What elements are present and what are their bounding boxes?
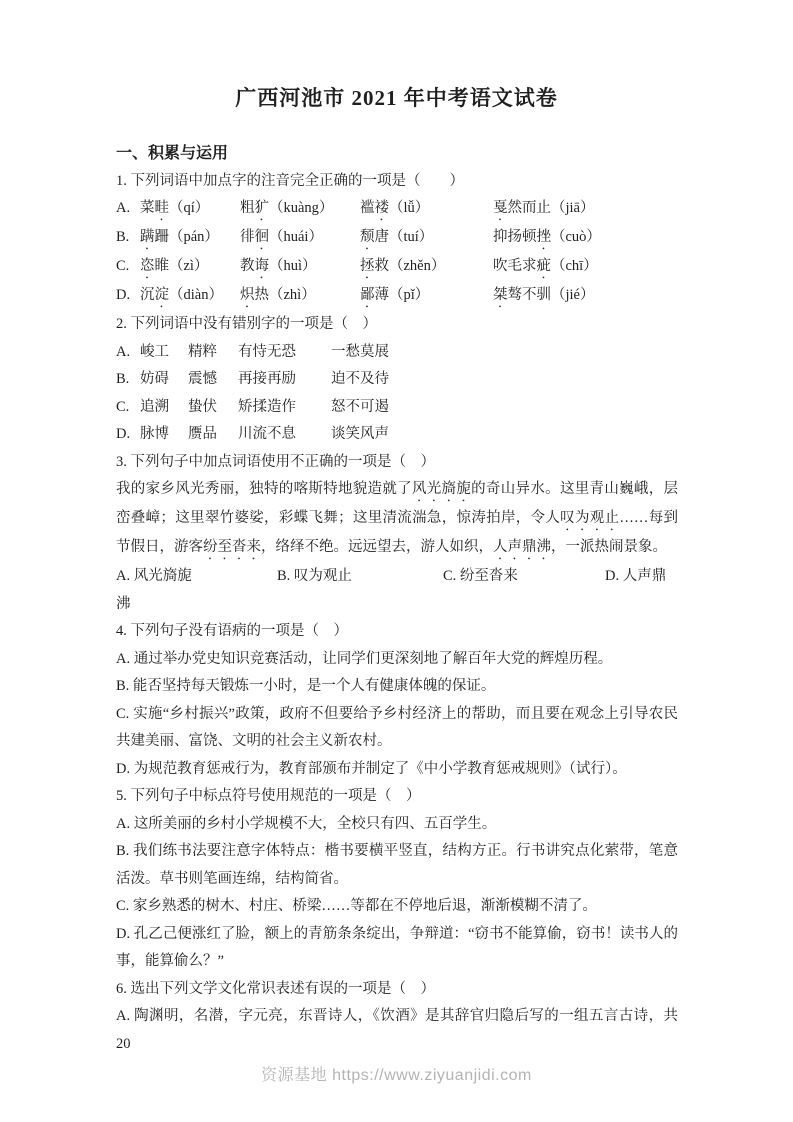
q1-word: 吹毛求疵（chī） — [493, 253, 678, 282]
q2-row-a: A. 峻工 精粹 有恃无恐 一愁莫展 — [116, 339, 678, 367]
text-segment: （diàn） — [169, 287, 223, 303]
text-segment: （huái） — [269, 229, 323, 245]
q2-row-c: C. 追溯 蛰伏 矫揉造作 怒不可遏 — [116, 394, 678, 422]
q1-row-c: C. 恣睢（zì） 教诲（huì） 拯救（zhěn） 吹毛求疵（chī） — [116, 253, 678, 282]
emphasized-text: 桀 — [493, 287, 508, 303]
emphasized-text: 鄙 — [360, 287, 375, 303]
text-segment: 吹毛求 — [493, 258, 537, 274]
q2-word: 赝品 — [188, 421, 238, 449]
text-segment: 沉 — [140, 287, 155, 303]
q1-word: 蹒跚（pán） — [140, 224, 240, 253]
text-segment: 褴 — [360, 200, 375, 216]
option-label: A. — [116, 195, 140, 224]
q1-word: 沉淀（diàn） — [140, 282, 240, 311]
emphasized-text: 拯 — [360, 258, 375, 274]
q2-word: 峻工 — [140, 339, 188, 367]
text-segment: 粗 — [240, 200, 255, 216]
q6-option-a: A. 陶渊明，名潜，字元亮，东晋诗人，《饮酒》是其辞官归隐后写的一组五言古诗，共… — [116, 1003, 678, 1058]
q1-word: 教诲（huì） — [240, 253, 360, 282]
q3-option-c: C. 纷至沓来 — [443, 563, 605, 591]
q1-word: 徘徊（huái） — [240, 224, 360, 253]
emphasized-text: 诲 — [255, 258, 270, 274]
option-label: D. — [116, 421, 140, 449]
text-segment: 然而止（jiā） — [508, 200, 595, 216]
q2-word: 脉博 — [140, 421, 188, 449]
q1-row-d: D. 沉淀（diàn） 炽热（zhì） 鄙薄（pǐ） 桀骜不驯（jié） — [116, 282, 678, 311]
q4-option-a: A. 通过举办党史知识竞赛活动，让同学们更深刻地了解百年大党的辉煌历程。 — [116, 646, 678, 674]
q1-row-a: A. 菜畦（qí） 粗犷（kuàng） 褴褛（lǚ） 戛然而止（jiā） — [116, 195, 678, 224]
text-segment: 跚（pán） — [155, 229, 219, 245]
text-segment: ，络绎不绝。远远望去，游人如织， — [261, 539, 493, 555]
option-label: B. — [116, 224, 140, 253]
q1-stem: 1. 下列词语中加点字的注音完全正确的一项是（ ） — [116, 168, 678, 196]
q2-word: 蛰伏 — [188, 394, 238, 422]
emphasized-text: 纷至沓来 — [203, 539, 261, 555]
q2-word: 再接再励 — [238, 366, 331, 394]
emphasized-text: 褛 — [375, 200, 390, 216]
q5-option-a: A. 这所美丽的乡村小学规模不大，全校只有四、五百学生。 — [116, 811, 678, 839]
q1-word: 抑扬顿挫（cuò） — [493, 224, 678, 253]
q5-option-d: D. 孔乙己便涨红了脸，额上的青筋条条绽出，争辩道：“窃书不能算偷，窃书！读书人… — [116, 921, 678, 976]
q2-word: 精粹 — [188, 339, 238, 367]
footer-link[interactable]: 资源基地 https://www.ziyuanjidi.com — [261, 1067, 532, 1084]
text-segment: 睢（zì） — [155, 258, 209, 274]
option-label: B. — [116, 366, 140, 394]
q1-word: 炽热（zhì） — [240, 282, 360, 311]
q3-option-b: B. 叹为观止 — [277, 563, 443, 591]
section-heading: 一、积累与运用 — [116, 140, 678, 168]
q2-word: 有恃无恐 — [238, 339, 331, 367]
q2-word: 震憾 — [188, 366, 238, 394]
text-segment: （chī） — [551, 258, 598, 274]
emphasized-text: 挫 — [537, 229, 552, 245]
emphasized-text: 风光旖旎 — [412, 481, 471, 497]
q2-word: 迫不及待 — [331, 366, 678, 394]
text-segment: 徘 — [240, 229, 255, 245]
q6-stem: 6. 选出下列文学文化常识表述有误的一项是（ ） — [116, 976, 678, 1004]
q2-word: 川流不息 — [238, 421, 331, 449]
text-segment: 我的家乡风光秀丽，独特的喀斯特地貌造就了 — [116, 481, 412, 497]
q4-option-c: C. 实施“乡村振兴”政策，政府不但要给予乡村经济上的帮助，而且要在观念上引导农… — [116, 701, 678, 756]
emphasized-text: 叹为观止 — [560, 510, 619, 526]
emphasized-text: 蹒 — [140, 229, 155, 245]
q2-word: 一愁莫展 — [331, 339, 678, 367]
q4-stem: 4. 下列句子没有语病的一项是（ ） — [116, 618, 678, 646]
q1-word: 戛然而止（jiā） — [493, 195, 678, 224]
text-segment: 救（zhěn） — [375, 258, 446, 274]
q2-word: 追溯 — [140, 394, 188, 422]
q1-word: 颓唐（tuí） — [360, 224, 493, 253]
q4-option-b: B. 能否坚持每天锻炼一小时，是一个人有健康体魄的保证。 — [116, 673, 678, 701]
q2-row-d: D. 脉博 赝品 川流不息 谈笑风声 — [116, 421, 678, 449]
text-segment: 唐（tuí） — [375, 229, 434, 245]
q2-word: 谈笑风声 — [331, 421, 678, 449]
text-segment: （cuò） — [551, 229, 601, 245]
text-segment: 骜不驯（jié） — [508, 287, 595, 303]
text-segment: （huì） — [269, 258, 317, 274]
exam-page: 广西河池市 2021 年中考语文试卷 一、积累与运用 1. 下列词语中加点字的注… — [0, 0, 793, 1122]
page-title: 广西河池市 2021 年中考语文试卷 — [0, 0, 793, 112]
q2-word: 矫揉造作 — [238, 394, 331, 422]
q1-word: 恣睢（zì） — [140, 253, 240, 282]
q1-word: 桀骜不驯（jié） — [493, 282, 678, 311]
q5-stem: 5. 下列句子中标点符号使用规范的一项是（ ） — [116, 783, 678, 811]
emphasized-text: 炽 — [240, 287, 255, 303]
emphasized-text: 疵 — [537, 258, 552, 274]
emphasized-text: 淀 — [155, 287, 170, 303]
text-segment: （kuàng） — [269, 200, 333, 216]
q5-option-b: B. 我们练书法要注意字体特点：楷书要横平竖直，结构方正。行书讲究点化萦带，笔意… — [116, 838, 678, 893]
text-segment: 菜 — [140, 200, 155, 216]
emphasized-text: 颓 — [360, 229, 375, 245]
option-label: A. — [116, 339, 140, 367]
q3-stem: 3. 下列句子中加点词语使用不正确的一项是（ ） — [116, 449, 678, 477]
q4-option-d: D. 为规范教育惩戒行为，教育部颁布并制定了《中小学教育惩戒规则》（试行）。 — [116, 756, 678, 784]
exam-content: 一、积累与运用 1. 下列词语中加点字的注音完全正确的一项是（ ） A. 菜畦（… — [116, 140, 678, 1058]
text-segment: 薄（pǐ） — [375, 287, 430, 303]
q1-word: 鄙薄（pǐ） — [360, 282, 493, 311]
text-segment: （lǚ） — [389, 200, 429, 216]
text-segment: ，一派热闹景象。 — [551, 539, 667, 555]
emphasized-text: 徊 — [255, 229, 270, 245]
option-label: C. — [116, 253, 140, 282]
option-label: C. — [116, 394, 140, 422]
text-segment: 教 — [240, 258, 255, 274]
option-label: D. — [116, 282, 140, 311]
q3-option-d: D. 人声鼎 — [605, 563, 678, 591]
q2-row-b: B. 妨碍 震憾 再接再励 迫不及待 — [116, 366, 678, 394]
text-segment: 热（zhì） — [255, 287, 316, 303]
q3-option-d-wrap: 沸 — [116, 591, 678, 619]
q3-passage: 我的家乡风光秀丽，独特的喀斯特地貌造就了风光旖旎的奇山异水。这里青山巍峨，层峦叠… — [116, 476, 678, 563]
q3-option-a: A. 风光旖旎 — [116, 563, 277, 591]
emphasized-text: 恣 — [140, 258, 155, 274]
q1-word: 菜畦（qí） — [140, 195, 240, 224]
q1-word: 拯救（zhěn） — [360, 253, 493, 282]
q1-word: 褴褛（lǚ） — [360, 195, 493, 224]
q1-row-b: B. 蹒跚（pán） 徘徊（huái） 颓唐（tuí） 抑扬顿挫（cuò） — [116, 224, 678, 253]
emphasized-text: 人声鼎沸 — [493, 539, 551, 555]
q2-stem: 2. 下列词语中没有错别字的一项是（ ） — [116, 311, 678, 339]
text-segment: （qí） — [169, 200, 209, 216]
q5-option-c: C. 家乡熟悉的树木、村庄、桥梁……等都在不停地后退，渐渐模糊不清了。 — [116, 893, 678, 921]
watermark-footer: 资源基地 https://www.ziyuanjidi.com — [0, 1062, 793, 1085]
q3-options-row: A. 风光旖旎 B. 叹为观止 C. 纷至沓来 D. 人声鼎 — [116, 563, 678, 591]
emphasized-text: 犷 — [255, 200, 270, 216]
emphasized-text: 畦 — [155, 200, 170, 216]
q2-word: 怒不可遏 — [331, 394, 678, 422]
emphasized-text: 戛 — [493, 200, 508, 216]
q2-word: 妨碍 — [140, 366, 188, 394]
q1-word: 粗犷（kuàng） — [240, 195, 360, 224]
text-segment: 抑扬顿 — [493, 229, 537, 245]
